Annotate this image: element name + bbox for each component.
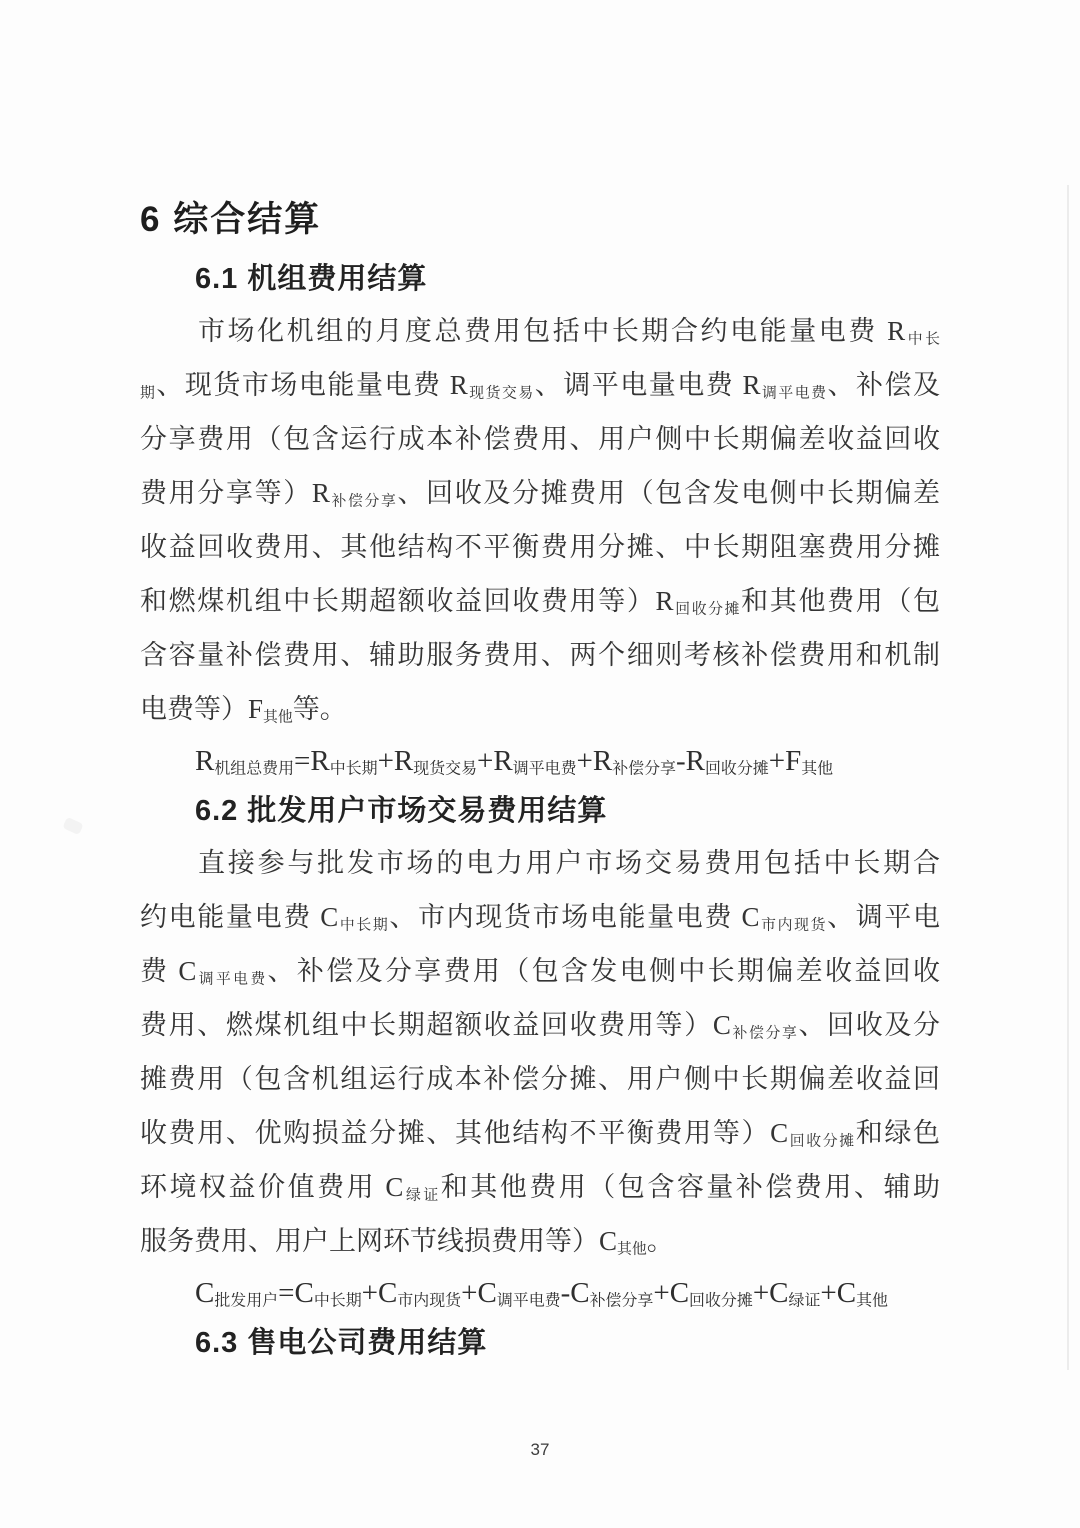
variable-subscript: 回收分摊 xyxy=(674,601,742,617)
body-text-line: 含容量补偿费用、辅助服务费用、两个细则考核补偿费用和机制 xyxy=(140,628,940,682)
variable-subscript: 中长期 xyxy=(330,761,378,778)
document-page: 6 综合结算6.1 机组费用结算市场化机组的月度总费用包括中长期合约电能量电费 … xyxy=(0,0,1080,1528)
body-text-line: 约电能量电费 C中长期、市内现货市场电能量电费 C市内现货、调平电 xyxy=(140,890,940,944)
page-number: 37 xyxy=(0,1440,1080,1460)
section-heading: 6 综合结算 xyxy=(140,196,940,244)
variable-subscript: 绿证 xyxy=(403,1187,440,1203)
formula-line: R机组总费用=R中长期+R现货交易+R调平电费+R补偿分享-R回收分摊+F其他 xyxy=(195,736,940,786)
variable-subscript: 现货交易 xyxy=(468,385,535,401)
variable-subscript: 调平电费 xyxy=(761,385,828,401)
subsection-heading: 6.1 机组费用结算 xyxy=(195,256,940,302)
body-text-line: 费 C调平电费、补偿及分享费用（包含发电侧中长期偏差收益回收 xyxy=(140,944,940,998)
variable-subscript: 其他 xyxy=(801,761,833,778)
variable-subscript: 其他 xyxy=(856,1293,888,1310)
variable-subscript: 调平电费 xyxy=(497,1293,561,1310)
variable-subscript: 市内现货 xyxy=(760,917,828,933)
body-text-line: 费用分享等）R补偿分享、回收及分摊费用（包含发电侧中长期偏差 xyxy=(140,466,940,520)
subsection-heading: 6.3 售电公司费用结算 xyxy=(195,1320,940,1366)
variable-subscript: 调平电费 xyxy=(513,761,577,778)
body-text-line: 市场化机组的月度总费用包括中长期合约电能量电费 R中长 xyxy=(140,304,940,358)
body-text-line: 环境权益价值费用 C绿证和其他费用（包含容量补偿费用、辅助 xyxy=(140,1160,940,1214)
variable-subscript: 中长期 xyxy=(314,1293,362,1310)
variable-subscript: 中长期 xyxy=(338,917,389,933)
variable-subscript: 现货交易 xyxy=(413,761,477,778)
variable-subscript: 市内现货 xyxy=(397,1293,461,1310)
body-text-line: 和燃煤机组中长期超额收益回收费用等）R回收分摊和其他费用（包 xyxy=(140,574,940,628)
body-text-line: 服务费用、用户上网环节线损费用等）C其他。 xyxy=(140,1214,940,1268)
body-text-line: 收益回收费用、其他结构不平衡费用分摊、中长期阻塞费用分摊 xyxy=(140,520,940,574)
body-text-line: 收费用、优购损益分摊、其他结构不平衡费用等）C回收分摊和绿色 xyxy=(140,1106,940,1160)
variable-subscript: 回收分摊 xyxy=(788,1133,856,1149)
subsection-heading: 6.2 批发用户市场交易费用结算 xyxy=(195,788,940,834)
variable-subscript: 其他 xyxy=(617,1241,647,1257)
variable-subscript: 调平电费 xyxy=(196,971,267,987)
document-body: 6 综合结算6.1 机组费用结算市场化机组的月度总费用包括中长期合约电能量电费 … xyxy=(140,196,940,1366)
scan-artifact-line xyxy=(1067,185,1069,1370)
variable-subscript: 期 xyxy=(140,385,156,401)
body-text-line: 期、现货市场电能量电费 R现货交易、调平电量电费 R调平电费、补偿及 xyxy=(140,358,940,412)
variable-subscript: 补偿分享 xyxy=(731,1025,799,1041)
variable-subscript: 补偿分享 xyxy=(612,761,676,778)
body-text-line: 分享费用（包含运行成本补偿费用、用户侧中长期偏差收益回收 xyxy=(140,412,940,466)
body-text-line: 摊费用（包含机组运行成本补偿分摊、用户侧中长期偏差收益回 xyxy=(140,1052,940,1106)
variable-subscript: 机组总费用 xyxy=(214,761,294,778)
variable-subscript: 补偿分享 xyxy=(590,1293,654,1310)
variable-subscript: 回收分摊 xyxy=(705,761,769,778)
variable-subscript: 其他 xyxy=(263,709,293,725)
body-text-line: 直接参与批发市场的电力用户市场交易费用包括中长期合 xyxy=(140,836,940,890)
variable-subscript: 中长 xyxy=(905,331,940,347)
variable-subscript: 绿证 xyxy=(789,1293,821,1310)
variable-subscript: 补偿分享 xyxy=(330,493,398,509)
variable-subscript: 回收分摊 xyxy=(689,1293,753,1310)
body-text-line: 电费等）F其他等。 xyxy=(140,682,940,736)
variable-subscript: 批发用户 xyxy=(214,1293,278,1310)
body-text-line: 费用、燃煤机组中长期超额收益回收费用等）C补偿分享、回收及分 xyxy=(140,998,940,1052)
formula-line: C批发用户=C中长期+C市内现货+C调平电费-C补偿分享+C回收分摊+C绿证+C… xyxy=(195,1268,940,1318)
